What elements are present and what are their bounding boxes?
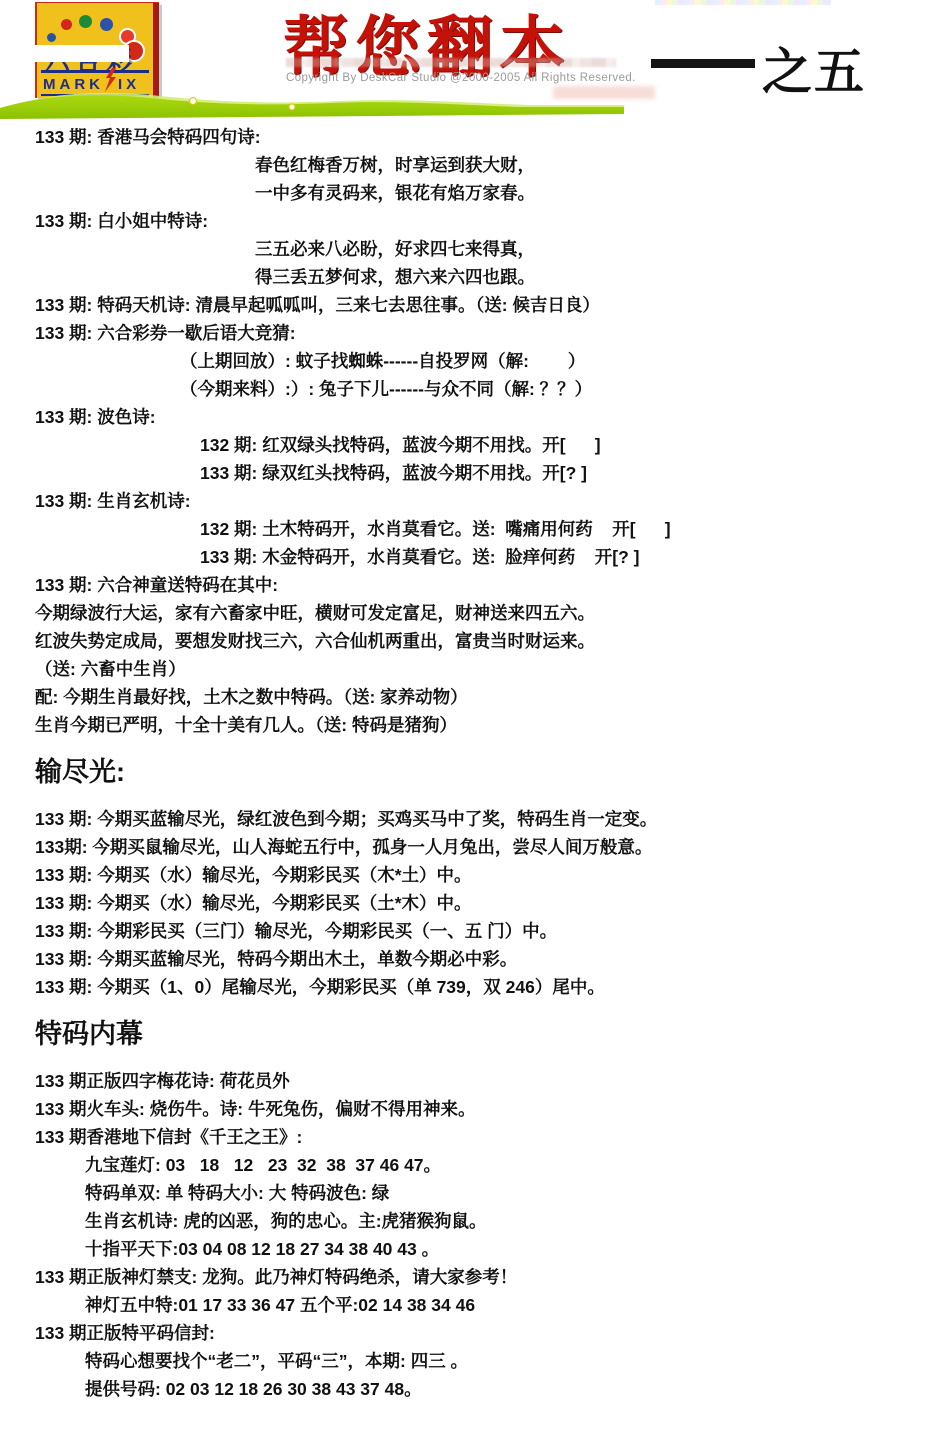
text-line: 生肖玄机诗: 虎的凶恶，狗的忠心。主:虎猪猴狗鼠。	[0, 1207, 930, 1235]
text-line: 133 期正版特平码信封:	[0, 1319, 930, 1347]
header: 六合彩 MARK IX 帮您翻本 之五 Copyright By DeskCar…	[0, 0, 930, 120]
text-line: 133 期: 六合神童送特码在其中:	[0, 571, 930, 599]
text-line: 春色红梅香万树，时享运到获大财，	[0, 151, 930, 179]
text-line: 132 期: 土木特码开，水肖莫看它。送: 嘴痛用何药 开[ ]	[0, 515, 930, 543]
flower-dot-1	[190, 98, 197, 105]
text-line: 特码心想要找个“老二”，平码“三”，本期: 四三 。	[0, 1347, 930, 1375]
text-line: 133 期: 今期买（水）输尽光，今期彩民买（土*木）中。	[0, 889, 930, 917]
title-dash	[651, 59, 755, 68]
text-line: 133 期正版四字梅花诗: 荷花员外	[0, 1067, 930, 1095]
text-line: 133 期: 波色诗:	[0, 403, 930, 431]
text-line: 133 期: 香港马会特码四句诗:	[0, 123, 930, 151]
text-line: （送: 六畜中生肖）	[0, 655, 930, 683]
text-line: 132 期: 红双绿头找特码，蓝波今期不用找。开[ ]	[0, 431, 930, 459]
watermark-smudge	[286, 58, 616, 67]
text-line: 133 期: 白小姐中特诗:	[0, 207, 930, 235]
text-line: 133 期: 生肖玄机诗:	[0, 487, 930, 515]
lottery-tip-sheet: 六合彩 MARK IX 帮您翻本 之五 Copyright By DeskCar…	[0, 0, 930, 1452]
flower-dot-2	[289, 104, 295, 110]
text-line: 特码单双: 单 特码大小: 大 特码波色: 绿	[0, 1179, 930, 1207]
text-line: 133 期: 今期买蓝输尽光，绿红波色到今期；买鸡买马中了奖，特码生肖一定变。	[0, 805, 930, 833]
text-line: 133 期火车头: 烧伤牛。诗: 牛死兔伤，偏财不得用神来。	[0, 1095, 930, 1123]
text-line: 今期绿波行大运，家有六畜家中旺，横财可发定富足，财神送来四五六。	[0, 599, 930, 627]
text-line: 133 期: 特码天机诗: 清晨早起呱呱叫，三来七去思往事。（送: 候吉日良）	[0, 291, 930, 319]
text-line: 133 期: 今期买蓝输尽光，特码今期出木土，单数今期必中彩。	[0, 945, 930, 973]
logo-dot-blue-2	[100, 18, 113, 31]
text-line: 红波失势定成局，要想发财找三六，六合仙机两重出，富贵当时财运来。	[0, 627, 930, 655]
text-line: 提供号码: 02 03 12 18 26 30 38 43 37 48。	[0, 1375, 930, 1403]
text-line: 133 期香港地下信封《千王之王》:	[0, 1123, 930, 1151]
logo-red-stripe	[153, 3, 159, 98]
text-line: 得三丢五梦何求，想六来六四也跟。	[0, 263, 930, 291]
logo-rule-top	[41, 70, 149, 73]
text-line: 133 期: 六合彩券一歇后语大竞猜:	[0, 319, 930, 347]
text-line: 三五必来八必盼，好求四七来得真，	[0, 235, 930, 263]
text-line: 配: 今期生肖最好找，土木之数中特码。（送: 家养动物）	[0, 683, 930, 711]
copyright-watermark: Copyright By DeskCar Studio @2000-2005 A…	[286, 72, 636, 84]
text-line: 九宝莲灯: 03 18 12 23 32 38 37 46 47。	[0, 1151, 930, 1179]
logo-dot-red-1	[61, 19, 72, 30]
logo-white-patch	[29, 45, 129, 62]
text-line: 133期: 今期买鼠输尽光，山人海蛇五行中，孤身一人月兔出，尝尽人间万般意。	[0, 833, 930, 861]
text-line: （上期回放）: 蚊子找蜘蛛------自投罗网（解: ）	[0, 347, 930, 375]
text-line: 133 期: 绿双红头找特码，蓝波今期不用找。开[? ]	[0, 459, 930, 487]
text-line: 133 期正版神灯禁支: 龙狗。此乃神灯特码绝杀，请大家参考！	[0, 1263, 930, 1291]
scan-noise-strip	[655, 0, 831, 5]
text-line: 特码内幕	[0, 1016, 930, 1052]
text-line: 133 期: 今期彩民买（三门）输尽光，今期彩民买（一、五 门）中。	[0, 917, 930, 945]
text-line: 十指平天下:03 04 08 12 18 27 34 38 40 43 。	[0, 1235, 930, 1263]
text-line: 输尽光:	[0, 754, 930, 790]
text-line: 133 期: 木金特码开，水肖莫看它。送: 脸痒何药 开[? ]	[0, 543, 930, 571]
text-line: 生肖今期已严明，十全十美有几人。（送: 特码是猪狗）	[0, 711, 930, 739]
text-line: 133 期: 今期买（水）输尽光，今期彩民买（木*土）中。	[0, 861, 930, 889]
logo-dot-green	[79, 15, 92, 28]
text-line: 133 期: 今期买（1、0）尾输尽光，今期彩民买（单 739，双 246）尾中…	[0, 973, 930, 1001]
marksix-logo: 六合彩 MARK IX	[35, 2, 159, 98]
text-line: 一中多有灵码来，银花有焰万家春。	[0, 179, 930, 207]
tip-sheet-body: 133 期: 香港马会特码四句诗:春色红梅香万树，时享运到获大财，一中多有灵码来…	[0, 120, 930, 1403]
text-line: （今期来料）:）: 兔子下儿------与众不同（解: ？？）	[0, 375, 930, 403]
text-line: 神灯五中特:01 17 33 36 47 五个平:02 14 38 34 46	[0, 1291, 930, 1319]
